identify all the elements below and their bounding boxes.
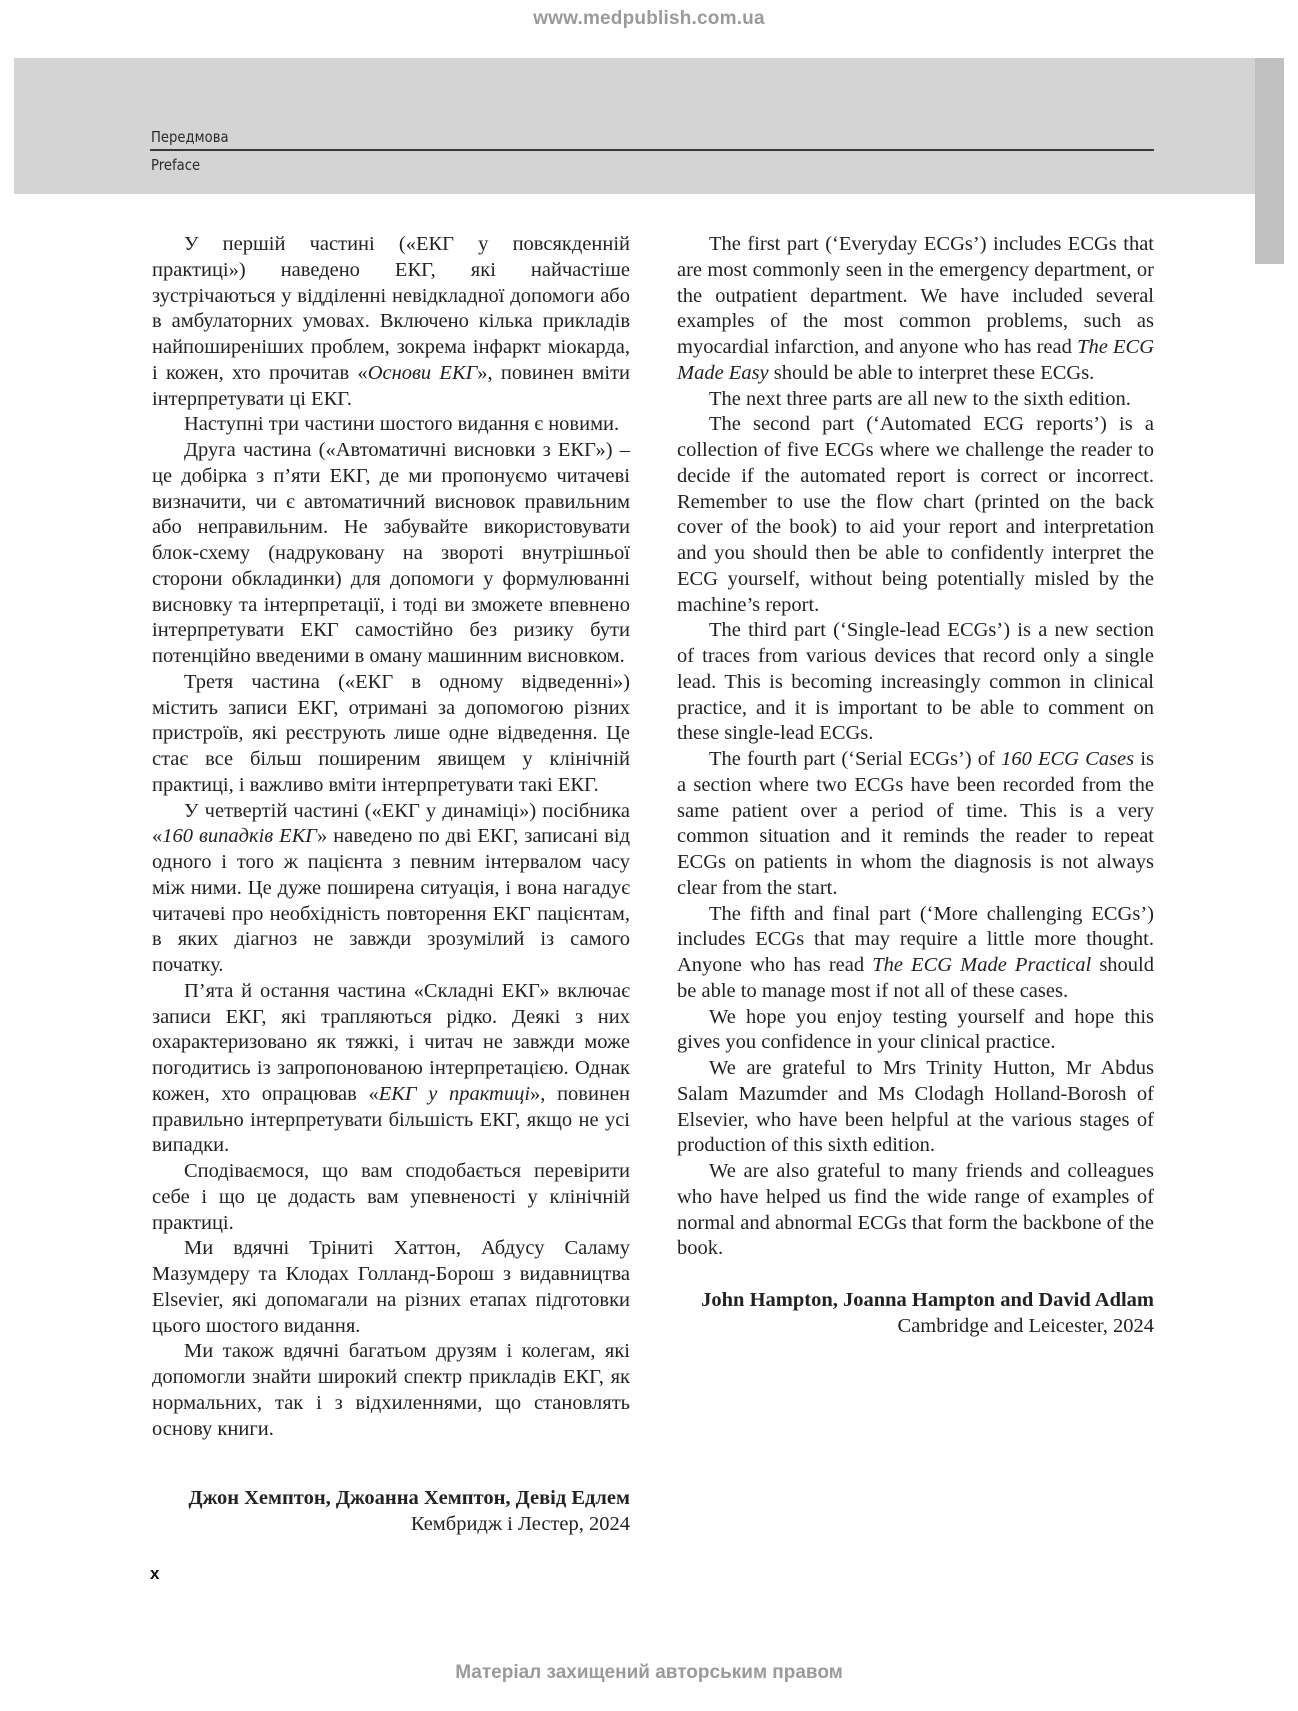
paragraph-text: We are grateful to Mrs Trinity Hutton, M… (677, 1057, 1154, 1156)
body-paragraph: Сподіваємося, що вам сподобається переві… (152, 1159, 630, 1236)
body-paragraph: The first part (‘Everyday ECGs’) include… (677, 232, 1154, 387)
body-paragraph: We are grateful to Mrs Trinity Hutton, M… (677, 1056, 1154, 1159)
paragraph-text: Третя частина («ЕКГ в одному відведенні»… (152, 671, 630, 796)
paragraph-list: The first part (‘Everyday ECGs’) include… (677, 232, 1154, 1262)
book-title-italic: 160 ECG Cases (1001, 748, 1134, 770)
signature-authors: Джон Хемптон, Джоанна Хемптон, Девід Едл… (152, 1486, 630, 1512)
body-paragraph: Третя частина («ЕКГ в одному відведенні»… (152, 670, 630, 799)
watermark-copyright: Матеріал захищений авторським правом (0, 1662, 1298, 1684)
body-paragraph: П’ята й остання частина «Складні ЕКГ» вк… (152, 979, 630, 1159)
running-head-divider (150, 149, 1154, 151)
book-title-italic: 160 випадків ЕКГ (162, 825, 317, 847)
signature-block: Джон Хемптон, Джоанна Хемптон, Девід Едл… (152, 1486, 630, 1538)
page-number: x (150, 1564, 159, 1584)
body-paragraph: We hope you enjoy testing yourself and h… (677, 1005, 1154, 1057)
body-paragraph: The second part (‘Automated ECG reports’… (677, 412, 1154, 618)
body-paragraph: The next three parts are all new to the … (677, 387, 1154, 413)
body-paragraph: The fourth part (‘Serial ECGs’) of 160 E… (677, 747, 1154, 902)
paragraph-text: Ми також вдячні багатьом друзям і колега… (152, 1340, 630, 1439)
signature-place-date: Cambridge and Leicester, 2024 (677, 1314, 1154, 1340)
signature-authors: John Hampton, Joanna Hampton and David A… (677, 1288, 1154, 1314)
running-head-ukrainian: Передмова (151, 128, 229, 146)
paragraph-text: » наведено по дві ЕКГ, записані від одно… (152, 825, 630, 976)
running-head-band (14, 58, 1255, 194)
running-head-english: Preface (151, 156, 200, 174)
body-paragraph: Наступні три частини шостого видання є н… (152, 412, 630, 438)
body-paragraph: The third part (‘Single-lead ECGs’) is a… (677, 618, 1154, 747)
paragraph-text: The next three parts are all new to the … (709, 388, 1131, 410)
preface-column-english: The first part (‘Everyday ECGs’) include… (677, 232, 1154, 1340)
paragraph-text: Ми вдячні Тріниті Хаттон, Абдусу Саламу … (152, 1237, 630, 1336)
signature-block: John Hampton, Joanna Hampton and David A… (677, 1288, 1154, 1340)
paragraph-text: Сподіваємося, що вам сподобається переві… (152, 1160, 630, 1234)
body-paragraph: We are also grateful to many friends and… (677, 1159, 1154, 1262)
paragraph-text: is a section where two ECGs have been re… (677, 748, 1154, 899)
book-title-italic: The ECG Made Practical (872, 954, 1091, 976)
paragraph-text: The third part (‘Single-lead ECGs’) is a… (677, 619, 1154, 744)
signature-place-date: Кембридж і Лестер, 2024 (152, 1512, 630, 1538)
book-title-italic: ЕКГ у практиці (379, 1083, 530, 1105)
paragraph-text: We are also grateful to many friends and… (677, 1160, 1154, 1259)
paragraph-text: We hope you enjoy testing yourself and h… (677, 1006, 1154, 1054)
preface-column-ukrainian: У першій частині («ЕКГ у повсякденній пр… (152, 232, 630, 1538)
chapter-side-tab (1255, 58, 1284, 264)
watermark-site-url: www.medpublish.com.ua (0, 8, 1298, 30)
body-paragraph: У першій частині («ЕКГ у повсякденній пр… (152, 232, 630, 412)
book-title-italic: Основи ЕКГ (368, 362, 478, 384)
body-paragraph: The fifth and final part (‘More challeng… (677, 902, 1154, 1005)
paragraph-list: У першій частині («ЕКГ у повсякденній пр… (152, 232, 630, 1442)
paragraph-text: Наступні три частини шостого видання є н… (184, 413, 619, 435)
paragraph-text: should be able to interpret these ECGs. (769, 362, 1095, 384)
paragraph-text: The second part (‘Automated ECG reports’… (677, 413, 1154, 615)
body-paragraph: Ми також вдячні багатьом друзям і колега… (152, 1339, 630, 1442)
paragraph-text: Друга частина («Автоматичні висновки з Е… (152, 439, 630, 667)
body-paragraph: У четвертій частині («ЕКГ у динаміці») п… (152, 799, 630, 979)
body-paragraph: Друга частина («Автоматичні висновки з Е… (152, 438, 630, 670)
body-paragraph: Ми вдячні Тріниті Хаттон, Абдусу Саламу … (152, 1236, 630, 1339)
paragraph-text: The fourth part (‘Serial ECGs’) of (709, 748, 1001, 770)
